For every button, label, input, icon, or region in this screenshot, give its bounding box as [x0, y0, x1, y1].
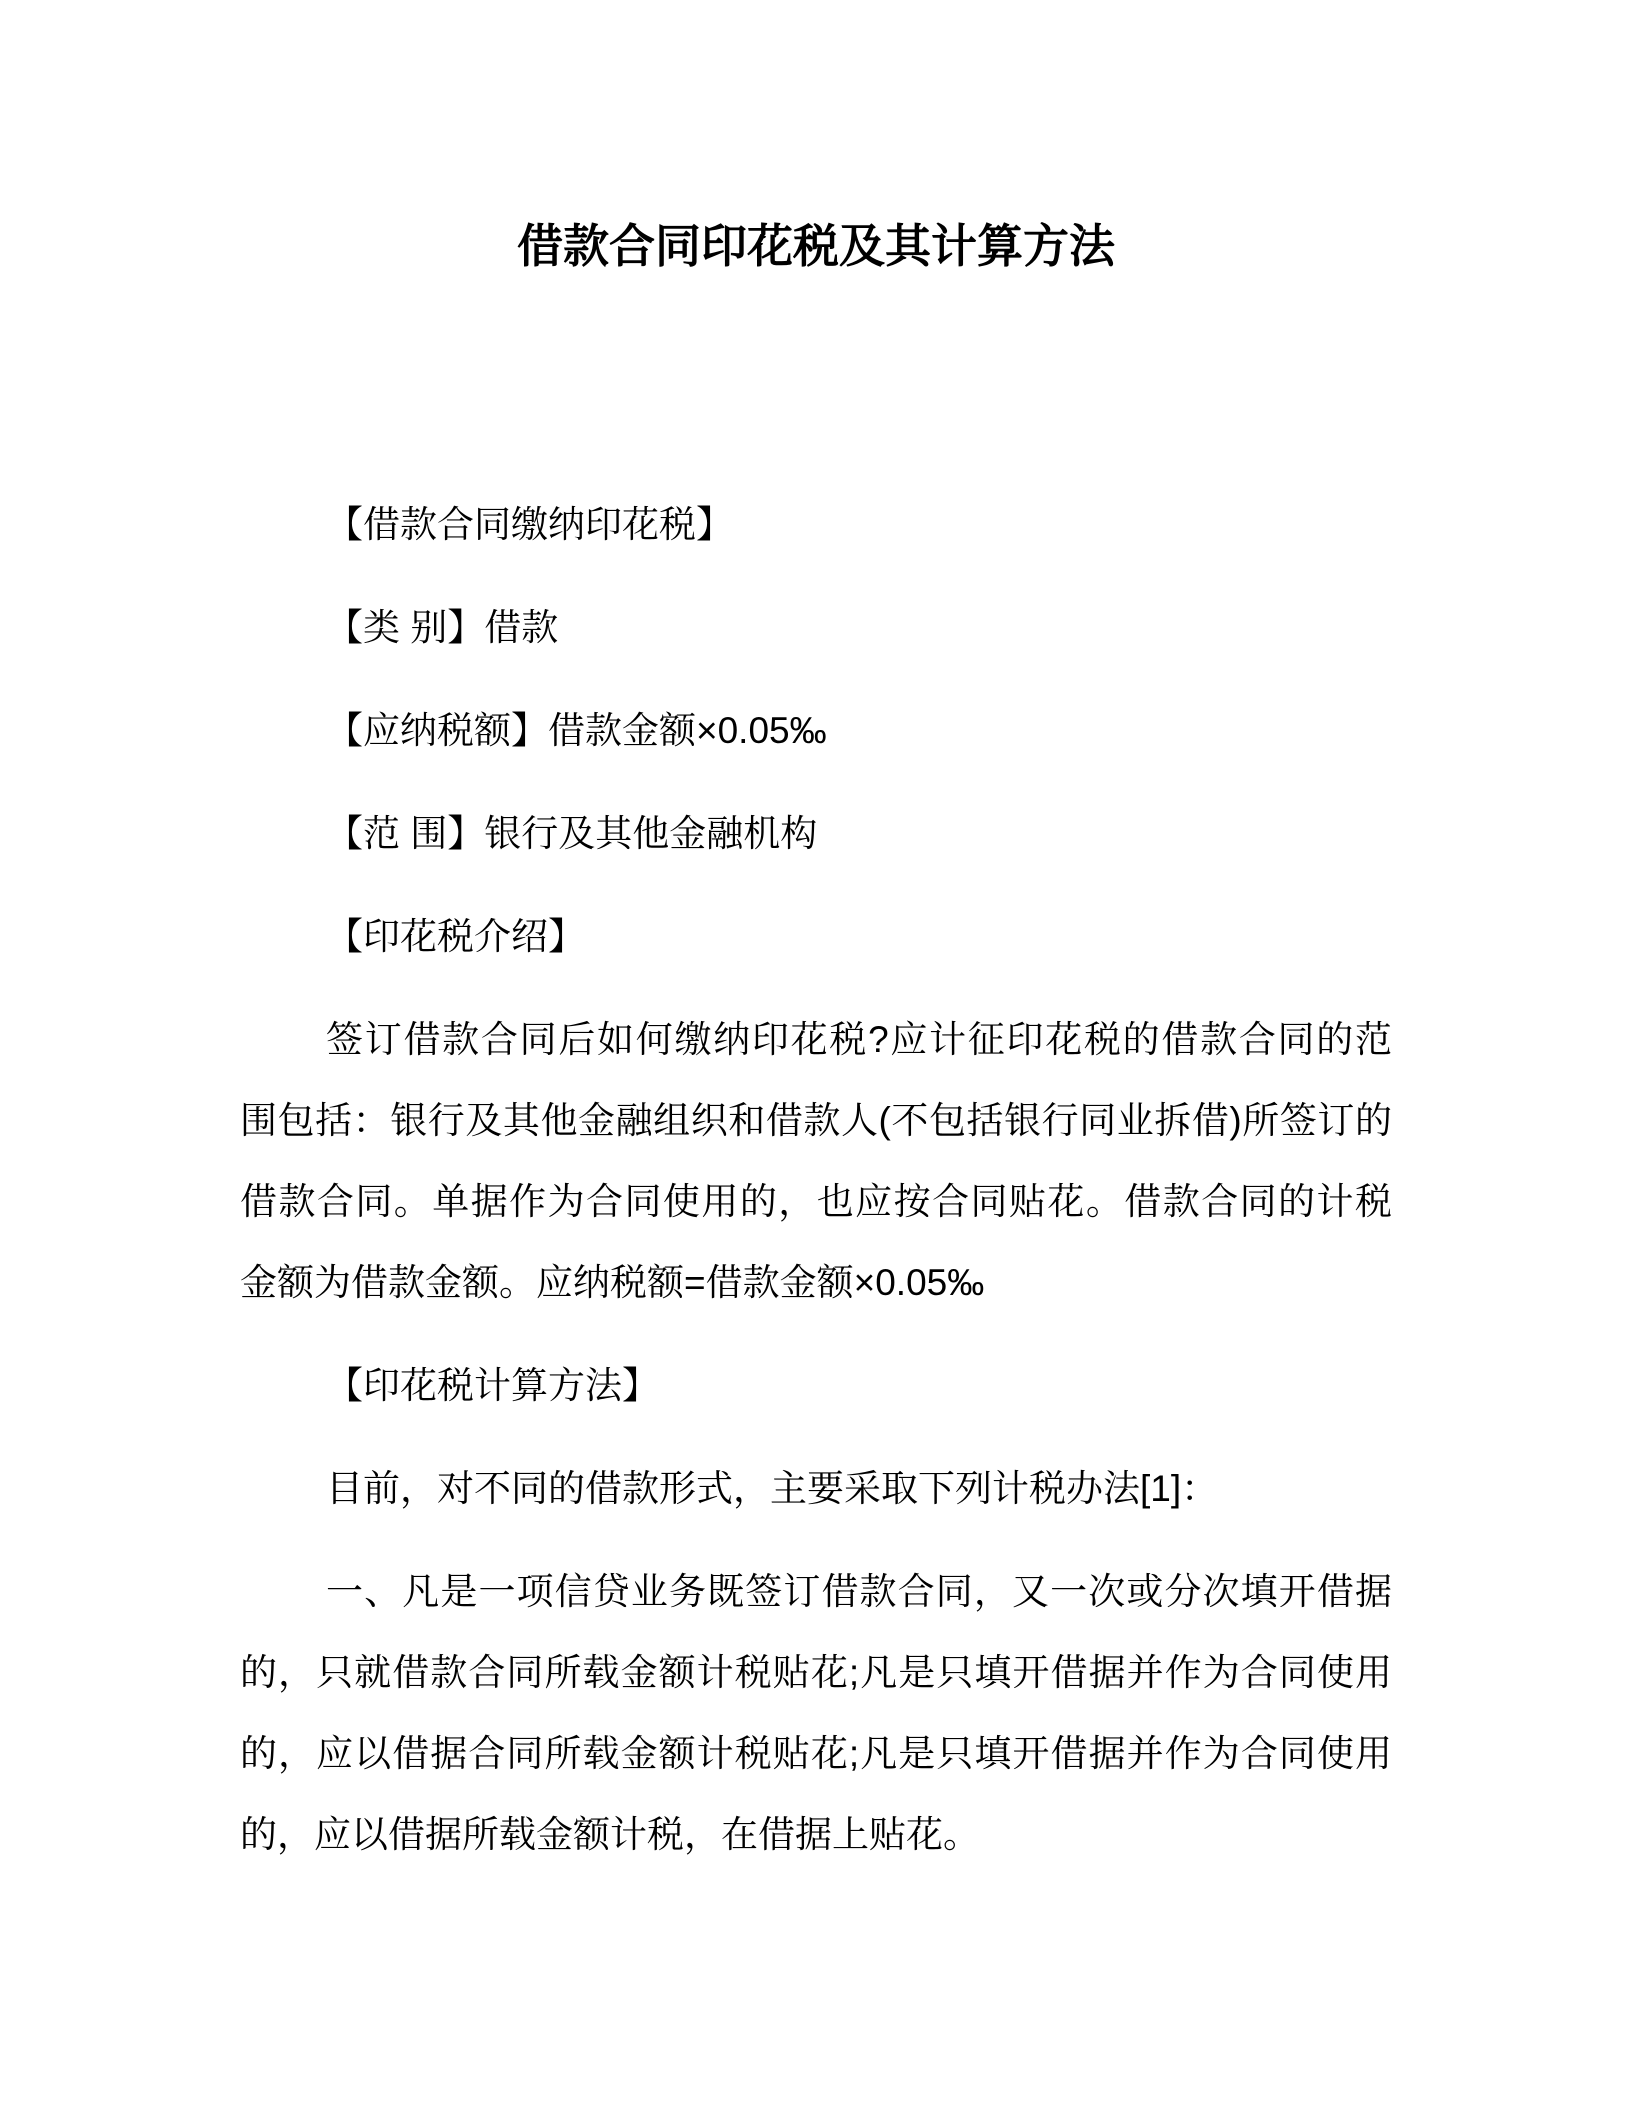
method-paragraph: 一、凡是一项信贷业务既签订借款合同，又一次或分次填开借据 的，只就借款合同所载金…: [240, 1551, 1392, 1875]
text-line: 一、凡是一项信贷业务既签订借款合同，又一次或分次填开借据: [240, 1551, 1392, 1632]
field-tax-amount: 【应纳税额】借款金额×0.05‰: [240, 690, 1392, 771]
text-line: 围包括：银行及其他金融组织和借款人(不包括银行同业拆借)所签订的: [240, 1080, 1392, 1161]
text-line: 的，只就借款合同所载金额计税贴花;凡是只填开借据并作为合同使用: [240, 1632, 1392, 1713]
text-line: 的，应以借据所载金额计税，在借据上贴花。: [240, 1794, 1392, 1875]
field-category: 【类 别】借款: [240, 587, 1392, 668]
text-line: 金额为借款金额。应纳税额=借款金额×0.05‰: [240, 1242, 1392, 1323]
section-header-calc-method: 【印花税计算方法】: [240, 1345, 1392, 1426]
field-tax-item: 【借款合同缴纳印花税】: [240, 484, 1392, 565]
document-title: 借款合同印花税及其计算方法: [240, 220, 1392, 272]
field-scope: 【范 围】银行及其他金融机构: [240, 793, 1392, 874]
document-content: 借款合同印花税及其计算方法 【借款合同缴纳印花税】 【类 别】借款 【应纳税额】…: [0, 0, 1632, 1875]
text-line: 签订借款合同后如何缴纳印花税?应计征印花税的借款合同的范: [240, 999, 1392, 1080]
document-page: 借款合同印花税及其计算方法 【借款合同缴纳印花税】 【类 别】借款 【应纳税额】…: [0, 0, 1632, 2112]
intro-paragraph: 签订借款合同后如何缴纳印花税?应计征印花税的借款合同的范 围包括：银行及其他金融…: [240, 999, 1392, 1323]
section-header-intro: 【印花税介绍】: [240, 896, 1392, 977]
calc-intro-line: 目前，对不同的借款形式，主要采取下列计税办法[1]：: [240, 1448, 1392, 1529]
text-line: 的，应以借据合同所载金额计税贴花;凡是只填开借据并作为合同使用: [240, 1713, 1392, 1794]
text-line: 借款合同。单据作为合同使用的，也应按合同贴花。借款合同的计税: [240, 1161, 1392, 1242]
